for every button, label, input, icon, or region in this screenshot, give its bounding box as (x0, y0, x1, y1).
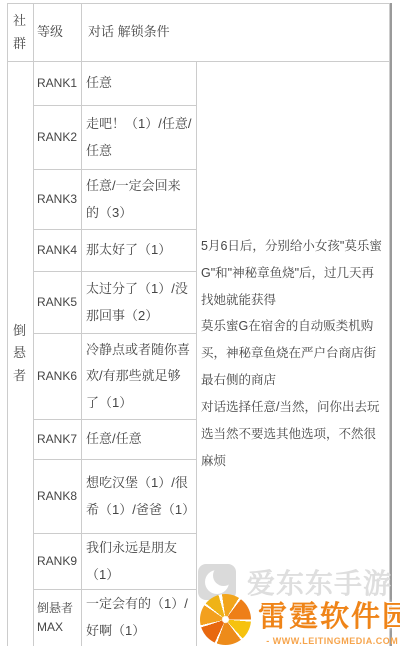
rank-cell: RANK7 (34, 420, 82, 460)
unlock-condition-cell: 5月6日后，分别给小女孩"莫乐蜜G"和"神秘章鱼烧"后，过几天再找她就能获得 莫… (197, 62, 390, 646)
community-cell: 倒悬者 (8, 62, 34, 646)
dialog-cell: 我们永远是朋友（1） (82, 534, 197, 590)
rank-cell: 倒悬者MAX (34, 590, 82, 646)
rank-cell: RANK1 (34, 62, 82, 106)
dialog-cell: 走吧！（1）/任意/任意 (82, 106, 197, 170)
dialog-cell: 冷静点或者随你喜欢/有那些就足够了（1） (82, 334, 197, 420)
rank-cell: RANK9 (34, 534, 82, 590)
table-row: 倒悬者 RANK1 任意 5月6日后，分别给小女孩"莫乐蜜G"和"神秘章鱼烧"后… (8, 62, 390, 106)
dialog-cell: 太过分了（1）/没那回事（2） (82, 272, 197, 334)
rank-guide-table-container: 社群 等级 对话 解锁条件 倒悬者 RANK1 任意 5月6日后，分别给小女孩"… (7, 3, 392, 646)
rank-cell: RANK4 (34, 230, 82, 272)
watermark-leiting-url: - WWW.LEITINGMEDIA.COM - (258, 636, 400, 646)
watermark-leiting-logo: 雷霆软件园 - WWW.LEITINGMEDIA.COM - (200, 594, 400, 646)
header-community: 社群 (8, 4, 34, 62)
watermark-leiting-name: 雷霆软件园 (258, 594, 400, 635)
dialog-cell: 那太好了（1） (82, 230, 197, 272)
dialog-cell: 任意/一定会回来的（3） (82, 170, 197, 230)
header-rank: 等级 (34, 4, 82, 62)
header-row: 社群 等级 对话 解锁条件 (8, 4, 390, 62)
header-dialog-unlock: 对话 解锁条件 (82, 4, 390, 62)
rank-cell: RANK2 (34, 106, 82, 170)
rank-cell: RANK6 (34, 334, 82, 420)
page: 社群 等级 对话 解锁条件 倒悬者 RANK1 任意 5月6日后，分别给小女孩"… (0, 0, 400, 646)
rank-cell: RANK8 (34, 460, 82, 534)
dialog-cell: 一定会有的（1）/好啊（1） (82, 590, 197, 646)
rank-cell: RANK5 (34, 272, 82, 334)
dialog-cell: 想吃汉堡（1）/很希（1）/爸爸（1） (82, 460, 197, 534)
dialog-cell: 任意/任意 (82, 420, 197, 460)
orange-slice-icon (200, 594, 251, 645)
unlock-condition-paragraph: 莫乐蜜G在宿舍的自动贩类机购买，神秘章鱼烧在严户台商店街最右侧的商店 (201, 313, 385, 394)
watermark-leiting-textblock: 雷霆软件园 - WWW.LEITINGMEDIA.COM - (258, 594, 400, 646)
rank-cell: RANK3 (34, 170, 82, 230)
unlock-condition-paragraph: 对话选择任意/当然，问你出去玩选当然不要选其他选项，不然很麻烦 (201, 394, 385, 475)
dialog-cell: 任意 (82, 62, 197, 106)
unlock-condition-paragraph: 5月6日后，分别给小女孩"莫乐蜜G"和"神秘章鱼烧"后，过几天再找她就能获得 (201, 233, 385, 314)
rank-guide-table: 社群 等级 对话 解锁条件 倒悬者 RANK1 任意 5月6日后，分别给小女孩"… (7, 3, 390, 646)
